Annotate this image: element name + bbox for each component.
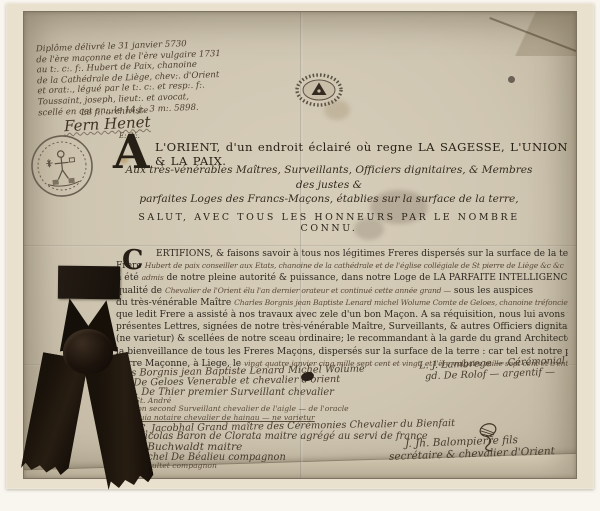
body-line: que ledit Frere a assisté à nos travaux …	[116, 309, 568, 321]
ribbon-patch	[58, 266, 120, 300]
salutation-line: SALUT, AVEC TOUS LES HONNEURS PAR LE NOM…	[119, 212, 539, 234]
horizontal-fold-crease	[24, 245, 576, 247]
body-line: a été admis de notre pleine autorité & p…	[116, 272, 568, 284]
body-handwriting: admis	[142, 273, 164, 282]
notarial-paraph-icon	[476, 422, 500, 452]
body-line: ERTIFIONS, & faisons savoir à tous nos l…	[116, 248, 568, 260]
body-print: qualité de	[116, 286, 162, 296]
body-handwriting: Charles Borgnis jean Baptiste Lenard mic…	[234, 298, 568, 307]
wax-seal-knot	[63, 329, 113, 374]
address-line: parfaites Loges des Francs-Maçons, établ…	[119, 192, 539, 207]
ink-spot	[508, 76, 515, 83]
address-line: Aux très-vénérables Maîtres, Surveillant…	[119, 163, 539, 192]
body-print: de notre pleine autorité & puissance, da…	[166, 273, 568, 283]
body-line: du très-vénérable Maître Charles Borgnis…	[116, 297, 568, 309]
body-line: Frere Hubert de paix conseiller aux Etat…	[116, 260, 568, 272]
lodge-seal-stamp-icon	[26, 130, 99, 203]
photo-mount-card: Diplôme délivré le 31 janvier 5730 de l'…	[6, 3, 594, 489]
address-lines: Aux très-vénérables Maîtres, Surveillant…	[119, 163, 539, 207]
body-print: du très-vénérable Maître	[116, 298, 231, 308]
body-print: sous les auspices	[454, 286, 533, 296]
document-photograph: Diplôme délivré le 31 janvier 5730 de l'…	[23, 11, 577, 479]
body-line: présentes Lettres, signées de notre très…	[116, 321, 568, 333]
body-dropcap: C	[122, 248, 144, 276]
body-line: qualité de Chevalier de l'Orient élu l'a…	[116, 285, 568, 297]
body-line: (ne varietur) & scellées de notre sceau …	[116, 333, 568, 345]
body-handwriting: Chevalier de l'Orient élu l'an dernier o…	[165, 286, 451, 295]
body-line: la bienveillance de tous les Freres Maço…	[116, 346, 568, 358]
masonic-triangle-emblem-icon	[294, 72, 344, 108]
body-handwriting: Hubert de paix conseiller aux Etats, cha…	[145, 261, 564, 270]
